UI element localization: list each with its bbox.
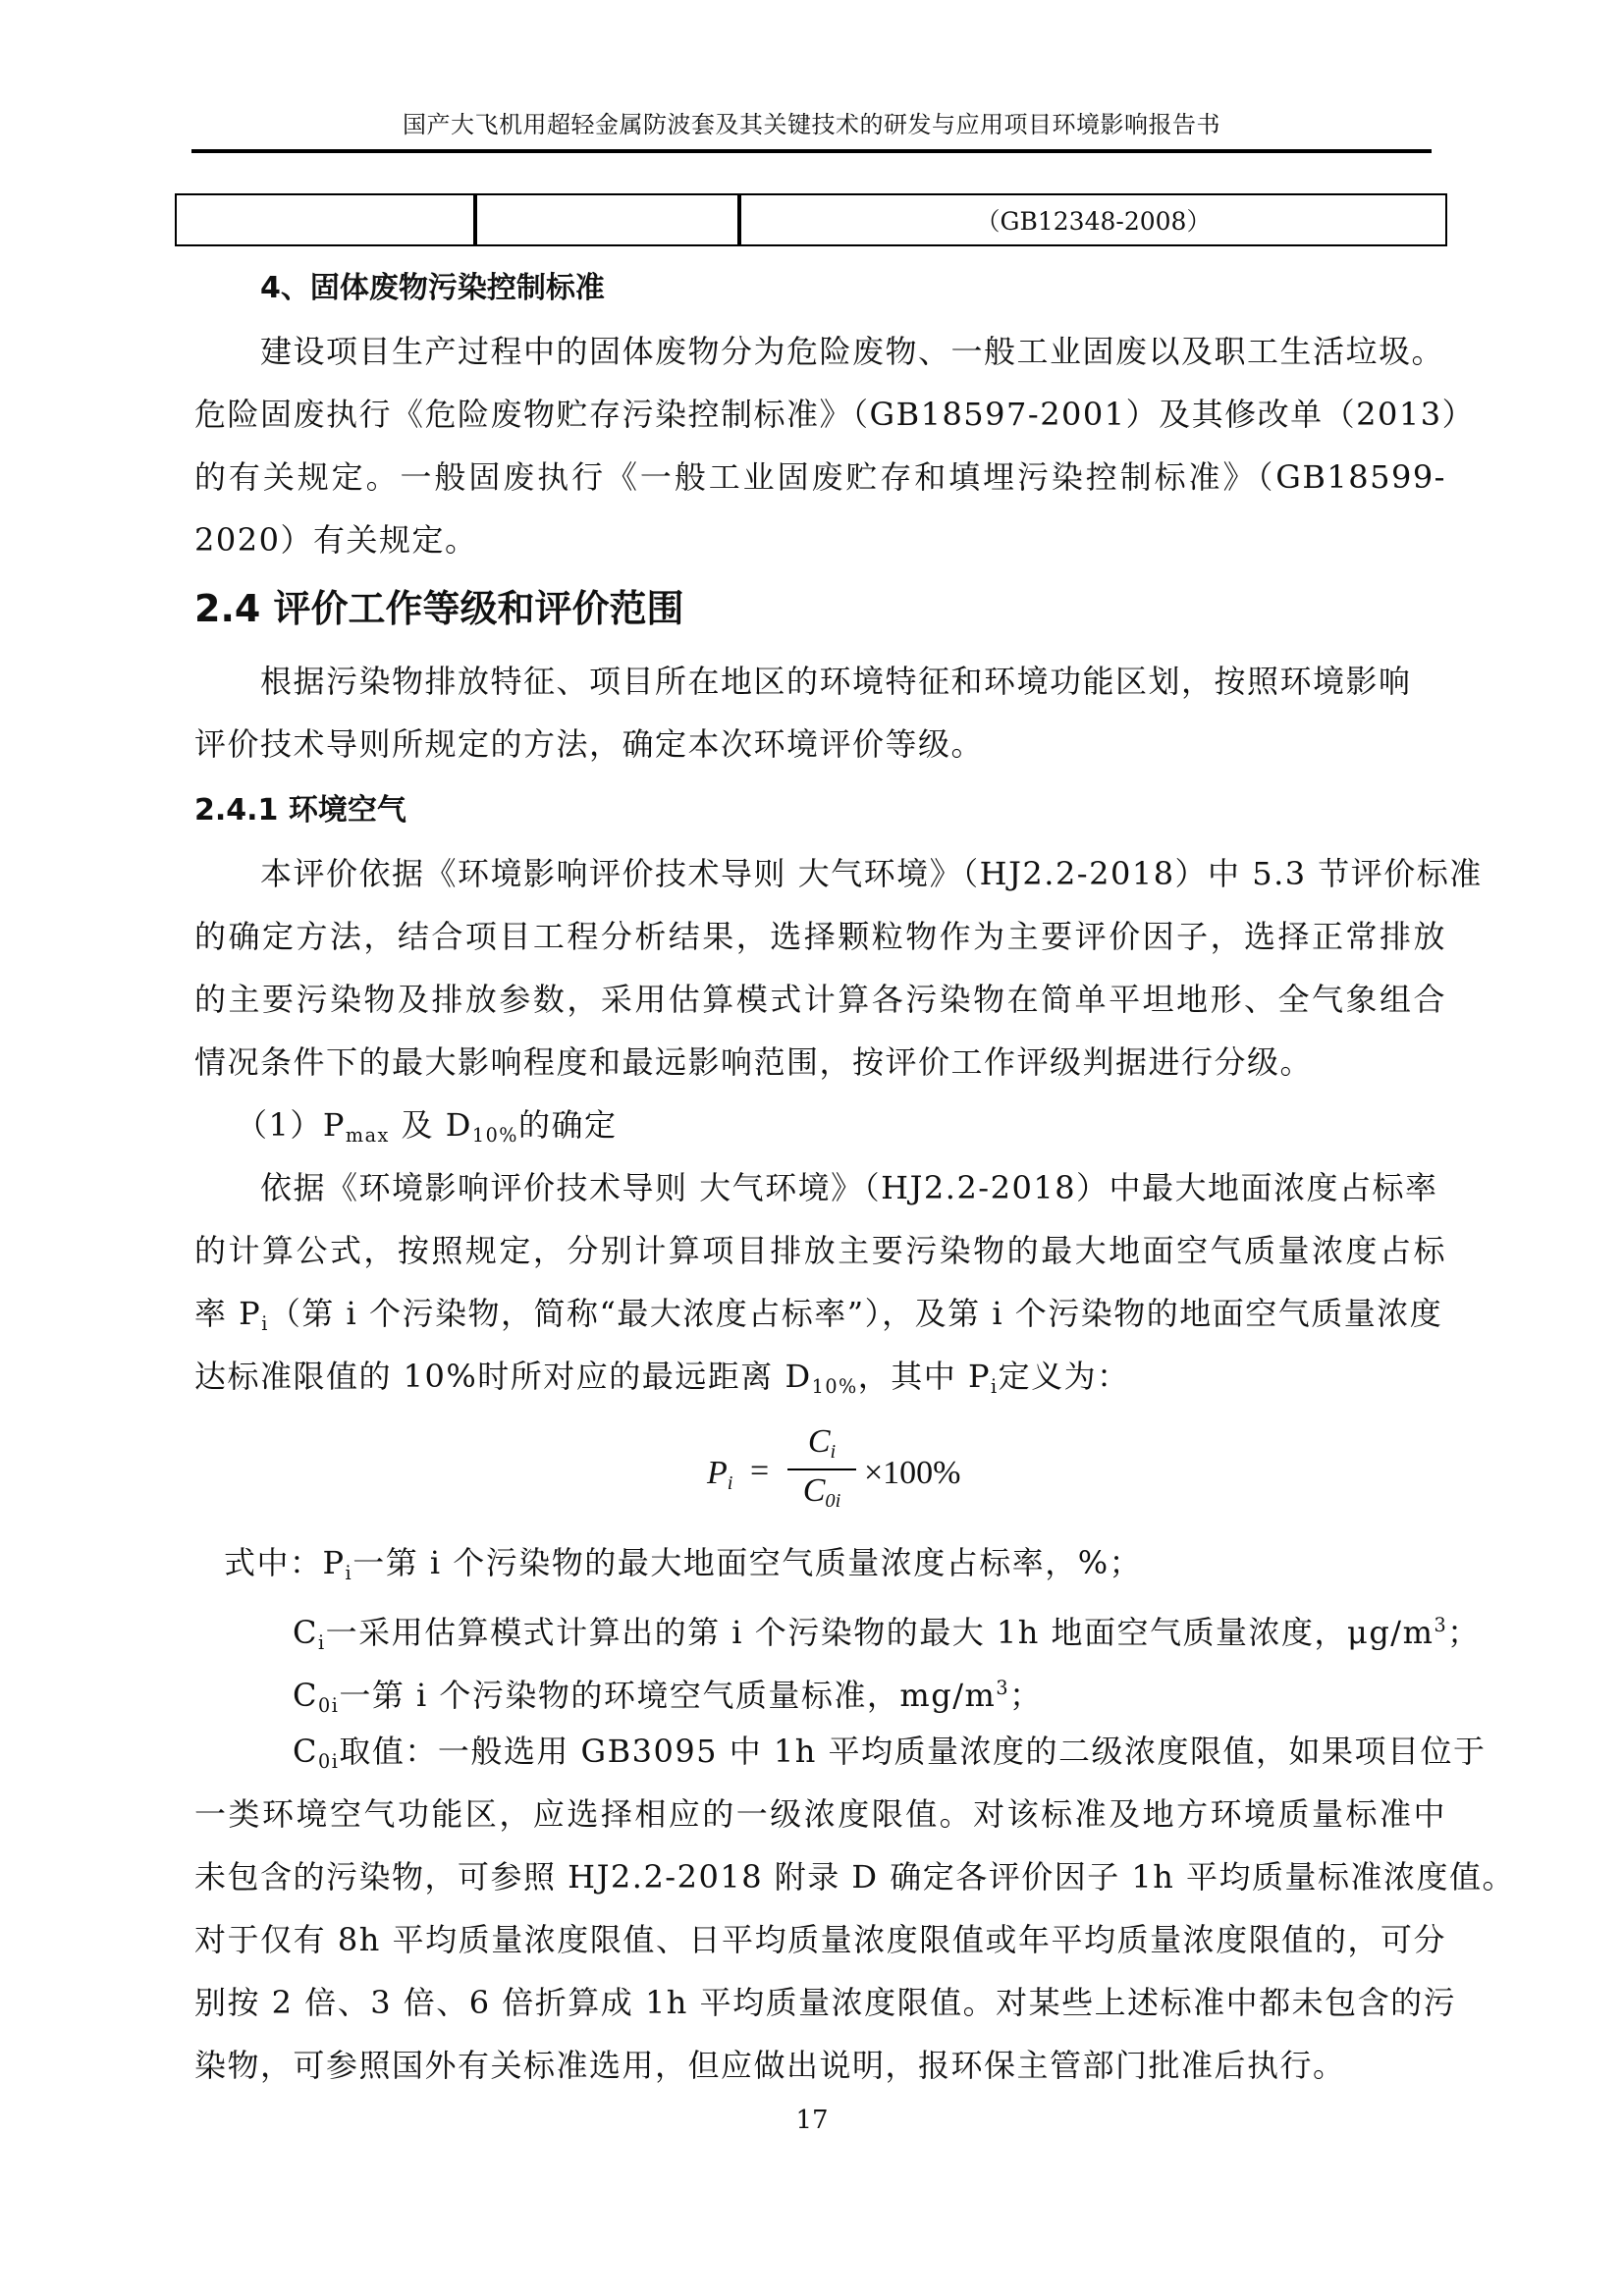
paragraph-line: 依据《环境影响评价技术导则 大气环境》（HJ2.2-2018）中最大地面浓度占标… <box>260 1168 1517 1207</box>
paragraph-line: 本评价依据《环境影响评价技术导则 大气环境》（HJ2.2-2018）中 5.3 … <box>260 854 1517 893</box>
paragraph-line: 染物，可参照国外有关标准选用，但应做出说明，报环保主管部门批准后执行。 <box>194 2046 1451 2085</box>
formula-lhs: Pi <box>707 1455 732 1495</box>
page-number: 17 <box>0 2106 1624 2135</box>
formula-multiplier: ×100% <box>864 1455 961 1492</box>
paragraph-line: 别按 2 倍、3 倍、6 倍折算成 1h 平均质量浓度限值。对某些上述标准中都未… <box>194 1983 1446 2022</box>
subsection-pmax-d10-title: （1）Pmax 及 D10%的确定 <box>236 1105 1492 1155</box>
continued-table: （GB12348-2008） <box>175 193 1447 246</box>
document-header-title: 国产大飞机用超轻金属防波套及其关键技术的研发与应用项目环境影响报告书 <box>191 110 1432 139</box>
paragraph-line: 危险固废执行《危险废物贮存污染控制标准》（GB18597-2001）及其修改单（… <box>194 395 1446 434</box>
paragraph-line: 2020）有关规定。 <box>194 520 1451 560</box>
formula-equals: = <box>750 1453 769 1490</box>
paragraph-line: 的有关规定。一般固废执行《一般工业固废贮存和填埋污染控制标准》（GB18599- <box>194 457 1446 497</box>
section-4-heading: 4、固体废物污染控制标准 <box>260 269 1517 308</box>
paragraph-line: 的计算公式，按照规定，分别计算项目排放主要污染物的最大地面空气质量浓度占标 <box>194 1231 1446 1270</box>
formula-numerator: Ci <box>787 1423 856 1467</box>
pi-formula: Pi = Ci C0i ×100% <box>707 1423 962 1531</box>
section-2-4-1-heading: 2.4.1 环境空气 <box>194 791 1451 830</box>
table-cell <box>176 194 475 245</box>
section-2-4-heading: 2.4 评价工作等级和评价范围 <box>194 589 1451 628</box>
paragraph-line: 对于仅有 8h 平均质量浓度限值、日平均质量浓度限值或年平均质量浓度限值的，可分 <box>194 1920 1446 1959</box>
definition-c0i: C0i一第 i 个污染物的环境空气质量标准，mg/m3； <box>293 1669 1549 1726</box>
header-rule <box>191 149 1432 153</box>
paragraph-line: 率 Pi（第 i 个污染物，简称“最大浓度占标率”），及第 i 个污染物的地面空… <box>194 1294 1451 1344</box>
definition-ci: Ci一采用估算模式计算出的第 i 个污染物的最大 1h 地面空气质量浓度，μg/… <box>293 1606 1549 1663</box>
paragraph-line: 的主要污染物及排放参数，采用估算模式计算各污染物在简单平坦地形、全气象组合 <box>194 980 1446 1019</box>
paragraph-line: 的确定方法，结合项目工程分析结果，选择颗粒物作为主要评价因子，选择正常排放 <box>194 917 1446 956</box>
paragraph-line: 情况条件下的最大影响程度和最远影响范围，按评价工作评级判据进行分级。 <box>194 1042 1451 1082</box>
formula-denominator: C0i <box>787 1472 856 1513</box>
paragraph-line: 根据污染物排放特征、项目所在地区的环境特征和环境功能区划，按照环境影响 <box>260 662 1517 701</box>
paragraph-line: 未包含的污染物，可参照 HJ2.2-2018 附录 D 确定各评价因子 1h 平… <box>194 1857 1451 1896</box>
table-cell-standard: （GB12348-2008） <box>739 194 1446 245</box>
table-cell <box>475 194 739 245</box>
definition-c0i-value: C0i取值：一般选用 GB3095 中 1h 平均质量浓度的二级浓度限值，如果项… <box>293 1732 1549 1782</box>
paragraph-line: 评价技术导则所规定的方法，确定本次环境评价等级。 <box>194 724 1451 764</box>
formula-fraction: Ci C0i <box>787 1423 856 1513</box>
table-row: （GB12348-2008） <box>176 194 1446 245</box>
definition-pi: 式中：Pi一第 i 个污染物的最大地面空气质量浓度占标率，%； <box>224 1543 1481 1593</box>
fraction-bar <box>787 1468 856 1470</box>
paragraph-line: 达标准限值的 10%时所对应的最远距离 D10%，其中 Pi定义为： <box>194 1357 1451 1407</box>
paragraph-line: 建设项目生产过程中的固体废物分为危险废物、一般工业固废以及职工生活垃圾。 <box>260 332 1517 371</box>
paragraph-line: 一类环境空气功能区，应选择相应的一级浓度限值。对该标准及地方环境质量标准中 <box>194 1794 1446 1834</box>
